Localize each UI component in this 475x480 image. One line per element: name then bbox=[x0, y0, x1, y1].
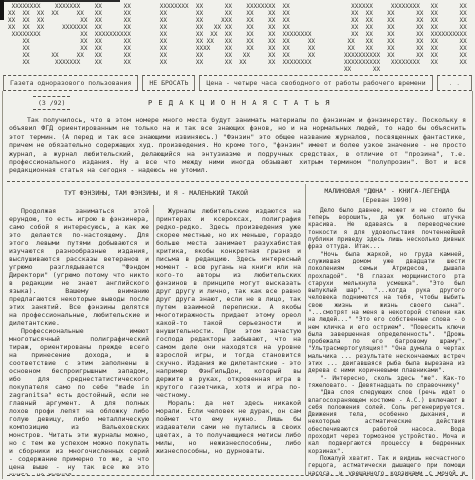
paragraph: Дело было давнее, может и не стоило бы т… bbox=[308, 207, 465, 251]
masthead-notice-box: НЕ БРОСАТЬ bbox=[142, 75, 195, 91]
masthead: Газета одноразового пользования НЕ БРОСА… bbox=[3, 75, 472, 91]
editorial-title: Р Е Д А К Ц И О Н Н А Я С Т А Т Ь Я bbox=[70, 99, 408, 107]
masthead-notice: НЕ БРОСАТЬ bbox=[149, 79, 188, 87]
column-fanzines-left: Продолжая заниматься этой ерундою, то ес… bbox=[7, 205, 153, 475]
paragraph: Мораль: да нет здесь никакой морали. Есл… bbox=[156, 399, 301, 455]
masthead-price-box: Цена - четыре часа свободного от работы … bbox=[199, 75, 432, 91]
editorial-body: Так получилось, что в этом номере много … bbox=[9, 116, 466, 175]
divider bbox=[7, 181, 468, 182]
paragraph: Продолжая заниматься этой ерундою, то ес… bbox=[9, 207, 149, 327]
issue-row: (3 /92) Р Е Д А К Ц И О Н Н А Я С Т А Т … bbox=[7, 96, 468, 110]
paragraph: Пожалуй хватит. Так и видишь несчастного… bbox=[308, 455, 465, 475]
article-dune-title: МАЛИНОВАЯ "ДЮНА" - КНИГА-ЛЕГЕНДА bbox=[308, 187, 466, 195]
divider bbox=[7, 475, 468, 476]
masthead-stamp-box: . . bbox=[437, 75, 472, 91]
paragraph: Журналы любительские издаются на принтер… bbox=[156, 207, 301, 399]
paragraph: Профессиональные имеют многотысячный пол… bbox=[9, 327, 149, 475]
masthead-tagline: Газета одноразового пользования bbox=[10, 79, 131, 87]
article-fanzines-title: ТУТ ФЭНЗИНЫ, ТАМ ФЭНЗИНЫ, И Я - МАЛЕНЬКИ… bbox=[7, 184, 305, 205]
issue-number: (3 /92) bbox=[33, 96, 70, 110]
scan-artifact-top-line bbox=[0, 0, 120, 2]
banner-ascii: ХХХХХХХХ ХХХХХХХ ХХ ХХ ХХХХХХХХ ХХ ХХ ХХ… bbox=[8, 3, 475, 73]
masthead-price: Цена - четыре часа свободного от работы … bbox=[206, 79, 425, 87]
article-dune-header: МАЛИНОВАЯ "ДЮНА" - КНИГА-ЛЕГЕНДА (Ереван… bbox=[305, 184, 468, 205]
scan-artifact-corner bbox=[0, 0, 4, 20]
article-dune-subtitle: (Ереван 1990) bbox=[308, 196, 466, 204]
column-dune: Дело было давнее, может и не стоило бы т… bbox=[305, 205, 468, 475]
masthead-tagline-box: Газета одноразового пользования bbox=[3, 75, 138, 91]
paragraph: "Ночь была жаркой, но груда камней, служ… bbox=[308, 251, 465, 375]
zine-page: ХХХХХХХХ ХХХХХХХ ХХ ХХ ХХХХХХХХ ХХ ХХ ХХ… bbox=[0, 0, 475, 480]
masthead-stamp: . . bbox=[448, 79, 460, 87]
column-fanzines-right: Журналы любительские издаются на принтер… bbox=[153, 205, 305, 475]
paragraph: "Два слоя следующих слов (речь идет о вл… bbox=[308, 389, 465, 455]
articles-grid: ТУТ ФЭНЗИНЫ, ТАМ ФЭНЗИНЫ, И Я - МАЛЕНЬКИ… bbox=[7, 184, 468, 475]
page-body: (3 /92) Р Е Д А К Ц И О Н Н А Я С Т А Т … bbox=[2, 91, 473, 479]
paragraph: "- Интересно, сколь здесь "же". Как-то т… bbox=[308, 375, 465, 390]
